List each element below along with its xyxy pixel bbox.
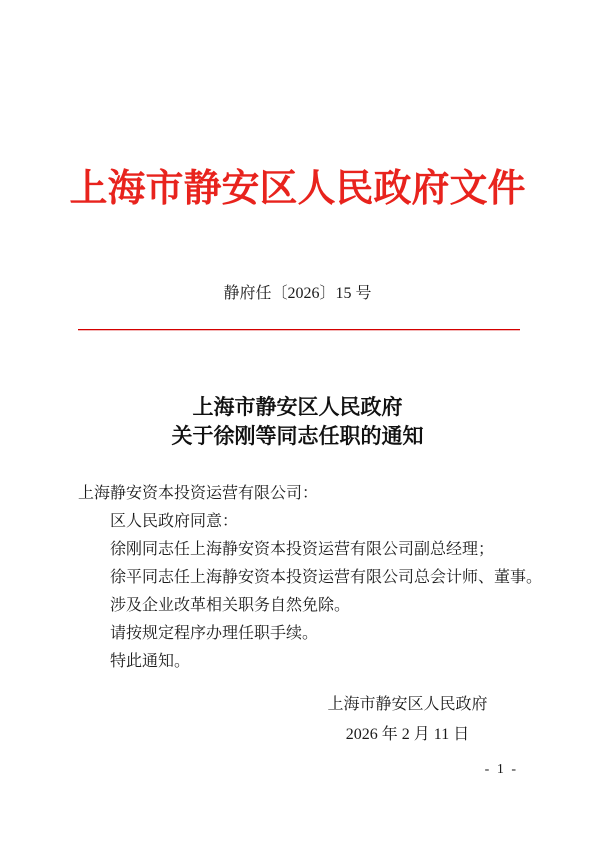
- body-paragraph: 请按规定程序办理任职手续。: [78, 620, 550, 648]
- issuer-name: 上海市静安区人民政府: [295, 690, 520, 720]
- addressee-line: 上海静安资本投资运营有限公司：: [78, 480, 550, 508]
- document-title-line1: 上海市静安区人民政府: [0, 393, 595, 422]
- document-page: 上海市静安区人民政府文件 静府任〔2026〕15 号 上海市静安区人民政府 关于…: [0, 0, 595, 841]
- body-paragraph: 徐刚同志任上海静安资本投资运营有限公司副总经理；: [78, 536, 550, 564]
- issue-date: 2026 年 2 月 11 日: [295, 720, 520, 750]
- document-body: 上海静安资本投资运营有限公司： 区人民政府同意： 徐刚同志任上海静安资本投资运营…: [78, 480, 550, 676]
- body-paragraph: 徐平同志任上海静安资本投资运营有限公司总会计师、董事。: [78, 564, 550, 592]
- document-title-line2: 关于徐刚等同志任职的通知: [0, 422, 595, 451]
- body-paragraph: 特此通知。: [78, 648, 550, 676]
- page-number: - 1 -: [485, 762, 518, 778]
- red-separator-line: [78, 329, 520, 331]
- body-paragraph: 区人民政府同意：: [78, 508, 550, 536]
- body-paragraph: 涉及企业改革相关职务自然免除。: [78, 592, 550, 620]
- red-header-org-title: 上海市静安区人民政府文件: [0, 163, 595, 215]
- signature-block: 上海市静安区人民政府 2026 年 2 月 11 日: [295, 690, 520, 750]
- document-title: 上海市静安区人民政府 关于徐刚等同志任职的通知: [0, 393, 595, 451]
- document-number: 静府任〔2026〕15 号: [0, 283, 595, 305]
